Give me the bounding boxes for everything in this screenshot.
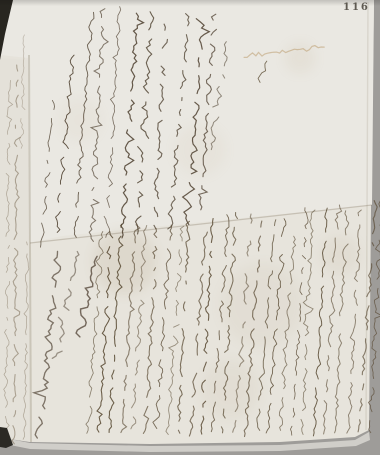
paper-stain <box>93 230 157 294</box>
paper-stain <box>200 360 260 420</box>
manuscript-scan: 116 <box>0 0 380 455</box>
folio-number-stamp: 116 <box>343 2 370 13</box>
paper-stain <box>174 124 226 176</box>
letter-page-svg <box>0 0 380 455</box>
top-edge-shade <box>0 0 380 6</box>
paper-stain <box>58 98 102 142</box>
